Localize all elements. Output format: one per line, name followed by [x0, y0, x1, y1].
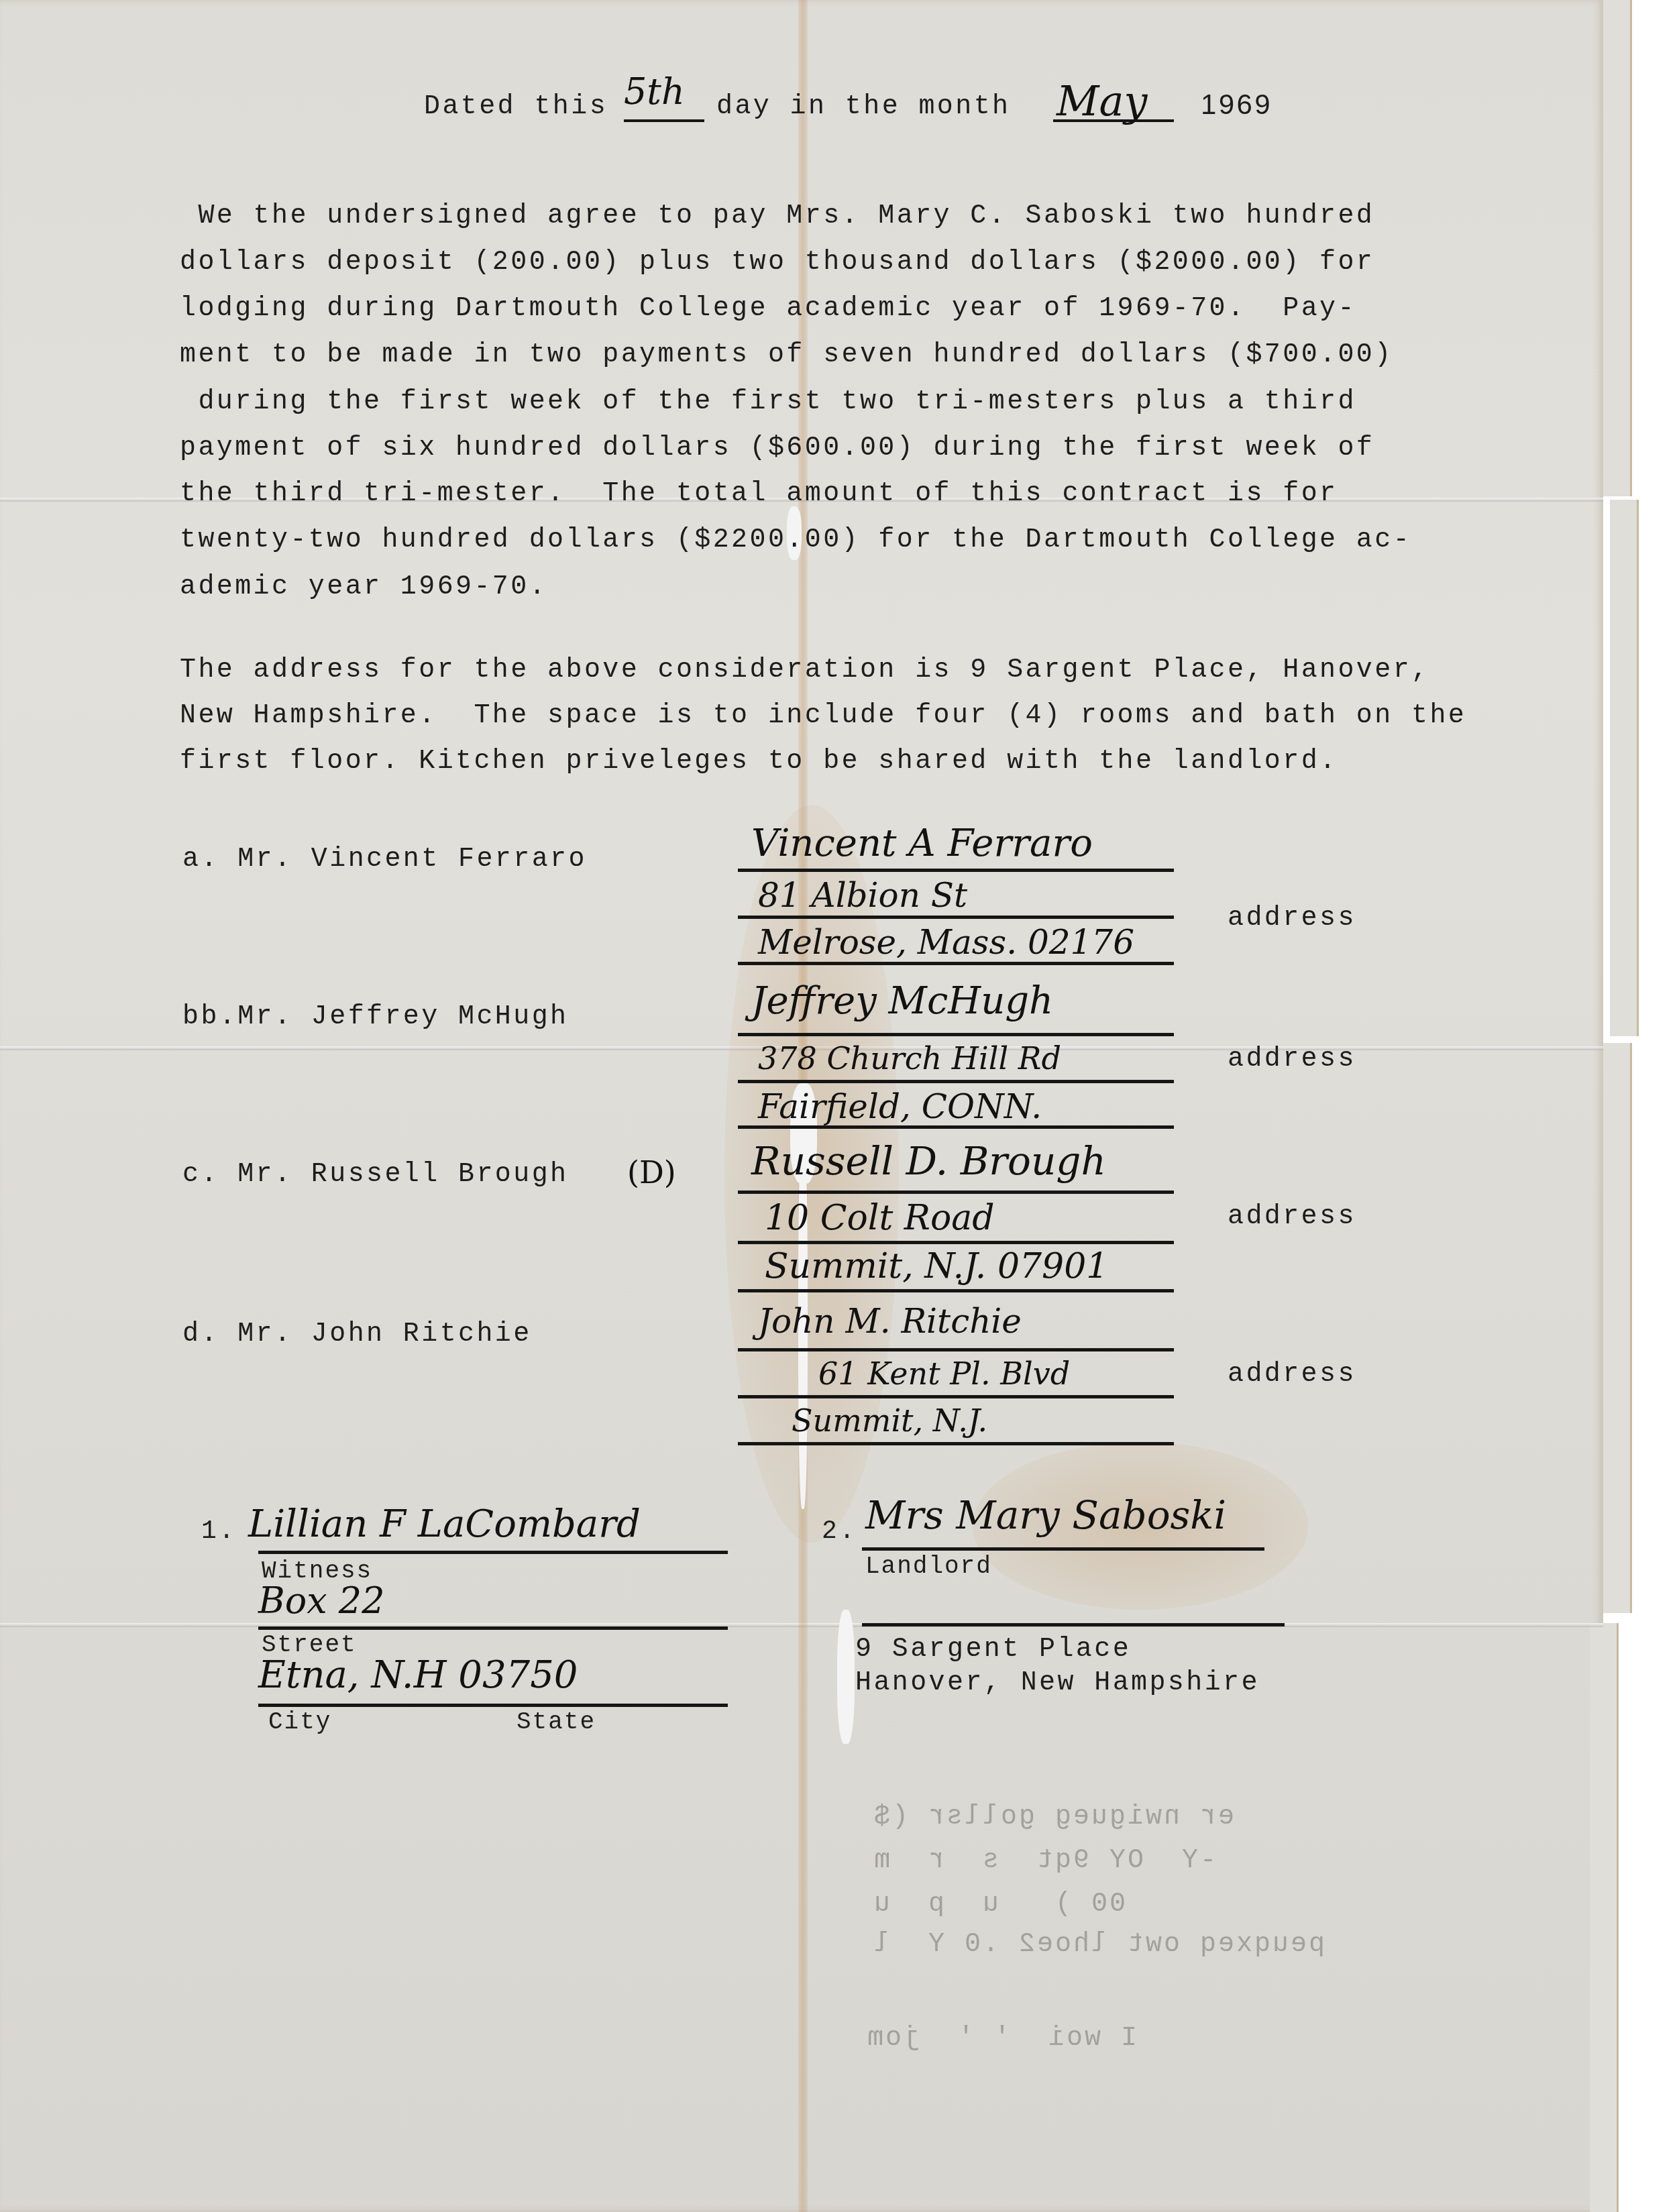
landlord-number: 2.: [822, 1519, 857, 1545]
signer-address-1: 81 Albion St: [758, 879, 967, 912]
signer-signature: John M. Ritchie: [758, 1305, 1022, 1338]
address-label: address: [1228, 905, 1356, 932]
landlord-label: Landlord: [865, 1555, 992, 1579]
bleed-through-text: I woi ' ' jom: [865, 2026, 1137, 2052]
signer-address-1: 61 Kent Pl. Blvd: [818, 1358, 1070, 1389]
address-label: address: [1228, 1362, 1356, 1388]
bleed-through-text: er nwigueg gollsr ($: [872, 1804, 1234, 1831]
paper-edge: [1590, 1623, 1619, 2212]
address-line-rule: [738, 916, 1174, 919]
address-label: address: [1228, 1204, 1356, 1231]
dated-year: 1969: [1201, 91, 1272, 119]
signer-note: (D): [627, 1157, 676, 1188]
signer-address-2: Fairfield, CONN.: [758, 1090, 1042, 1123]
signature-line: [738, 1033, 1174, 1036]
signature-line: [738, 869, 1174, 872]
witness-street: Box 22: [258, 1583, 385, 1619]
signer-address-1: 378 Church Hill Rd: [758, 1043, 1061, 1074]
paper-tear: [837, 1610, 855, 1744]
contract-line: the third tri-mester. The total amount o…: [180, 481, 1338, 508]
witness-signature: Lillian F LaCombard: [248, 1506, 641, 1543]
address-line-rule: [738, 1289, 1174, 1292]
address-line-rule: [738, 1442, 1174, 1445]
day-underline: [624, 119, 704, 122]
signer-address-2: Summit, N.J.: [792, 1405, 987, 1436]
address-line: The address for the above consideration …: [180, 657, 1429, 684]
paper-edge: [1610, 500, 1639, 1036]
address-label: address: [1228, 1046, 1356, 1073]
address-line-rule: [738, 1080, 1174, 1083]
signature-line: [738, 1191, 1174, 1194]
bleed-through-text: -Y OY 9qt s r m: [872, 1848, 1216, 1875]
signer-label: d. Mr. John Ritchie: [182, 1321, 532, 1348]
month-underline: [1053, 119, 1174, 122]
handwritten-month: May: [1057, 80, 1147, 122]
paper-edge: [1603, 1043, 1632, 1613]
address-line: New Hampshire. The space is to include f…: [180, 703, 1466, 730]
contract-line: during the first week of the first two t…: [180, 389, 1356, 416]
dated-prefix: Dated this: [424, 94, 608, 121]
signer-signature: Jeffrey McHugh: [751, 983, 1053, 1020]
handwritten-day: 5th: [624, 74, 685, 110]
landlord-signature: Mrs Mary Saboski: [865, 1496, 1226, 1535]
signer-label: c. Mr. Russell Brough: [182, 1162, 568, 1188]
contract-line: ment to be made in two payments of seven…: [180, 342, 1393, 369]
signer-label: bb.Mr. Jeffrey McHugh: [182, 1004, 568, 1031]
signer-address-2: Melrose, Mass. 02176: [758, 926, 1134, 959]
signer-address-2: Summit, N.J. 07901: [765, 1249, 1108, 1284]
address-line-rule: [738, 1125, 1174, 1129]
landlord-address-2: Hanover, New Hampshire: [855, 1670, 1260, 1697]
landlord-address-line: [862, 1623, 1285, 1626]
city-line: [258, 1704, 728, 1707]
bleed-through-text: peuqxeq owt lhoe2 .0 Y l: [872, 1932, 1325, 1958]
witness-signature-line: [258, 1551, 728, 1554]
state-label: State: [517, 1710, 596, 1734]
contract-line: payment of six hundred dollars ($600.00)…: [180, 435, 1374, 462]
landlord-signature-line: [862, 1547, 1264, 1551]
contract-line: dollars deposit (200.00) plus two thousa…: [180, 250, 1374, 276]
paper-edge: [1603, 0, 1632, 496]
signer-signature: Russell D. Brough: [751, 1142, 1106, 1180]
address-line-rule: [738, 962, 1174, 965]
contract-line: ademic year 1969-70.: [180, 574, 547, 601]
street-line: [258, 1626, 728, 1630]
address-line-rule: [738, 1241, 1174, 1244]
signer-address-1: 10 Colt Road: [765, 1201, 995, 1235]
landlord-address-1: 9 Sargent Place: [855, 1637, 1131, 1663]
bleed-through-text: 00 ) u p u: [872, 1891, 1126, 1918]
city-label: City: [268, 1710, 331, 1734]
witness-number: 1.: [201, 1519, 236, 1545]
address-line: first floor. Kitchen priveleges to be sh…: [180, 749, 1338, 775]
signer-signature: Vincent A Ferraro: [751, 825, 1093, 863]
address-line-rule: [738, 1395, 1174, 1398]
dated-mid: day in the month: [716, 94, 1010, 121]
contract-line: lodging during Dartmouth College academi…: [180, 296, 1356, 323]
signer-label: a. Mr. Vincent Ferraro: [182, 846, 587, 873]
contract-line: twenty-two hundred dollars ($2200.00) fo…: [180, 527, 1411, 554]
signature-line: [738, 1348, 1174, 1351]
witness-city: Etna, N.H 03750: [258, 1657, 578, 1694]
contract-line: We the undersigned agree to pay Mrs. Mar…: [180, 203, 1374, 230]
